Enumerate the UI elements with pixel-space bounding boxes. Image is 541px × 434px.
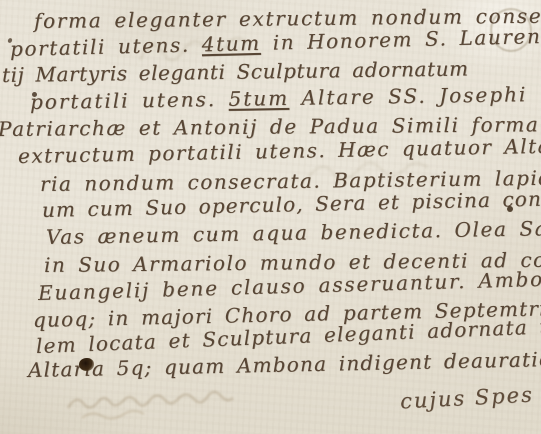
manuscript-line: portatili utens. 5tum Altare SS. Josephi <box>30 82 528 114</box>
ink-speck <box>214 233 217 236</box>
ink-speck <box>32 92 37 97</box>
ink-speck <box>507 206 513 212</box>
manuscript-page: forma eleganter extructum nondum consecr… <box>0 0 541 434</box>
catchword: cujus Spes <box>399 383 534 414</box>
manuscript-line: Vas æneum cum aqua benedicta. Olea Sacra <box>46 216 541 249</box>
ink-blot <box>79 358 94 371</box>
line-text: portatili utens. <box>10 32 202 61</box>
underlined-ordinal: 4tum <box>201 31 261 56</box>
line-text: portatili utens. <box>30 87 229 114</box>
manuscript-line: tij Martyris eleganti Sculptura adornatu… <box>2 56 469 87</box>
line-text: Altare SS. Josephi <box>289 82 528 110</box>
showthrough-writing <box>62 378 262 424</box>
underlined-ordinal: 5tum <box>228 86 289 111</box>
